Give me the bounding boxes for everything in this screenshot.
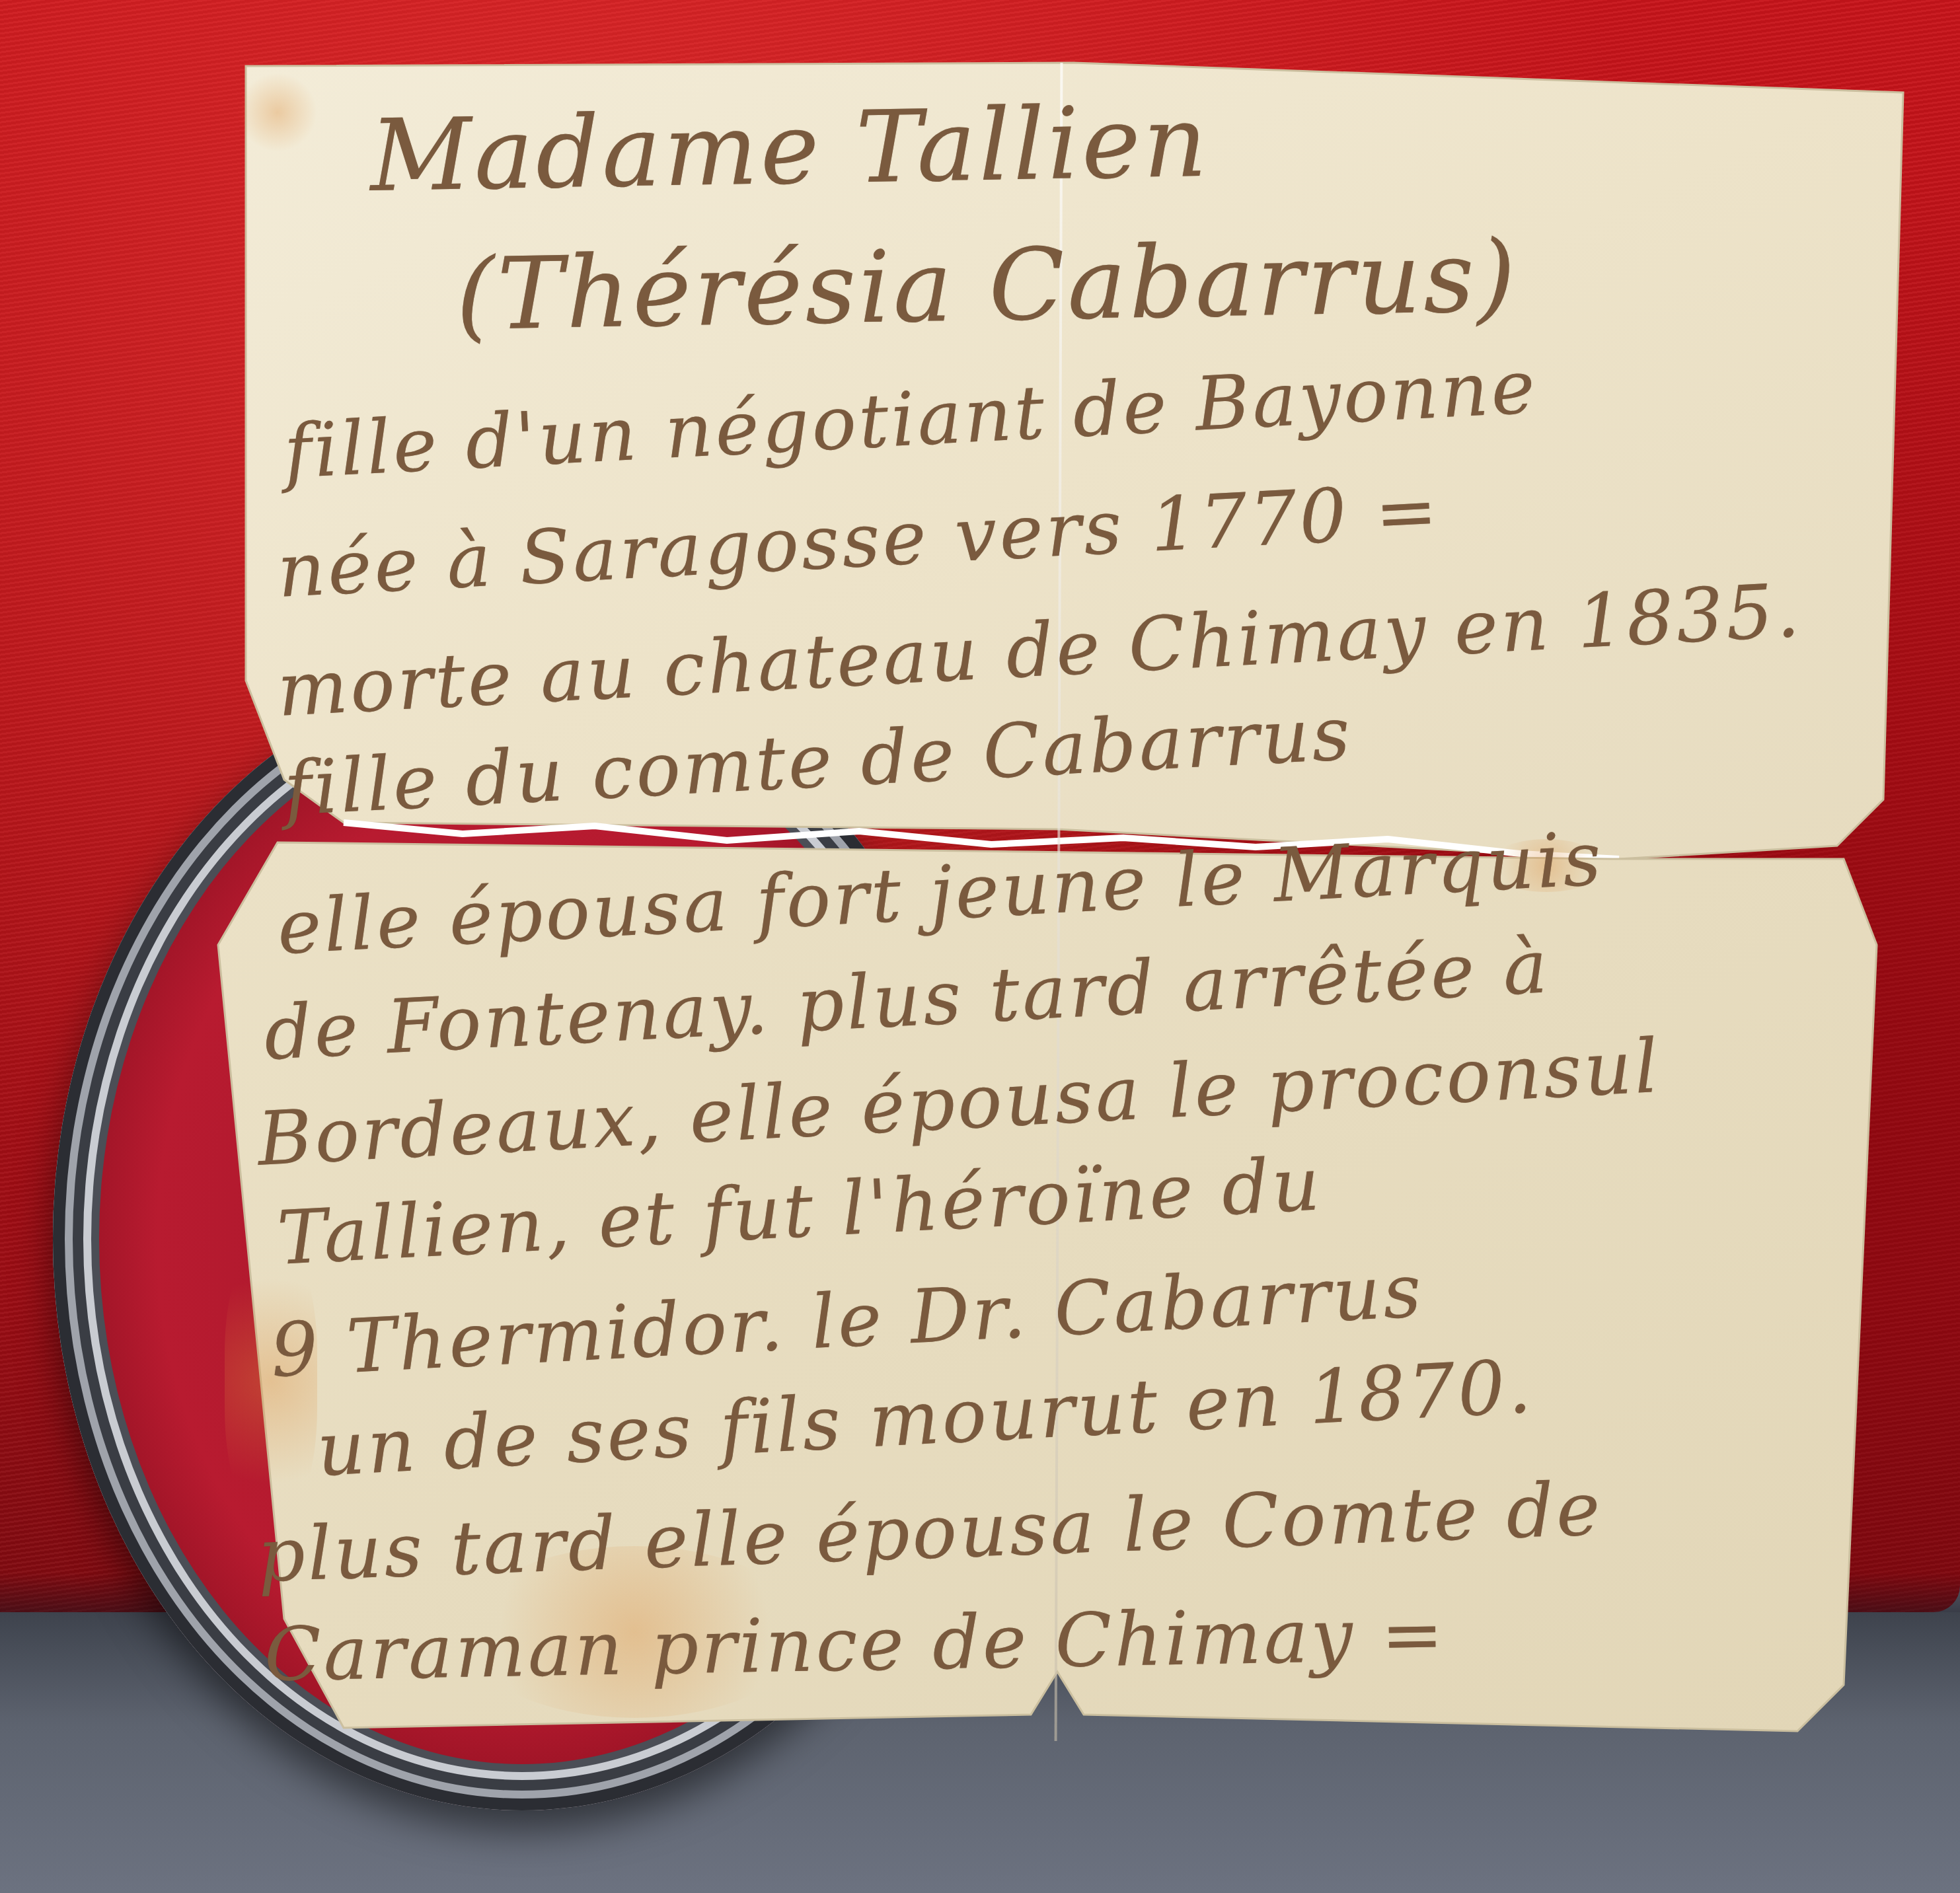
note-line-subtitle: (Thérésia Cabarrus) (455, 219, 1519, 353)
note-line: Caraman prince de Chimay = (264, 1592, 1447, 1698)
handwriting: Madame Tallien (Thérésia Cabarrus) fille… (0, 0, 1960, 1893)
note-line-title: Madame Tallien (369, 85, 1210, 214)
note-line: plus tard elle épousa le Comte de (256, 1466, 1604, 1599)
note-line: née à Saragosse vers 1770 = (276, 468, 1442, 614)
